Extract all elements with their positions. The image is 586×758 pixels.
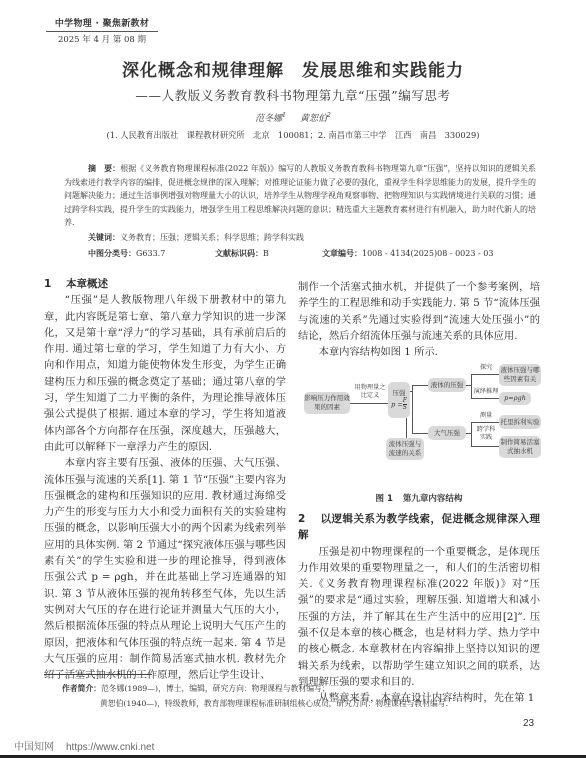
author-bio: 作者简介：范冬娜(1989—)，博士，编辑，研究方向：物理课程与教材编写； 黄恕… xyxy=(62,681,562,711)
node-pressure: 压强 p =FS xyxy=(388,382,410,418)
edge-label-deduce: 演绎推理 xyxy=(472,388,500,396)
article-subtitle: ——人教版义务教育教科书物理第九章“压强”编写思考 xyxy=(0,86,586,104)
edge-line xyxy=(471,422,499,423)
section-2-paragraph-1: 压强是初中物理课程的一个重要概念，是体现压力作用效果的重要物理量之一，和人们的生… xyxy=(298,544,540,691)
author-2: 黄恕伯 xyxy=(300,114,327,124)
footer-url[interactable]: https://www.cnki.net xyxy=(66,742,154,753)
edge-line xyxy=(471,398,499,399)
edge-line xyxy=(471,422,472,446)
section-1-paragraph-1: “压强”是人教版物理八年级下册教材中的第九章，此内容既是第七章、第八章力学知识的… xyxy=(44,292,286,455)
node-factors: 影响压力作用效果的因素 xyxy=(304,392,350,414)
section-1-paragraph-2-cont: 制作一个活塞式抽水机，并提供了一个参考案例，培养学生的工程思维和动手实践能力. … xyxy=(298,279,540,344)
keywords: 关键词：义务教育；压强；逻辑关系；科学思维；跨学科实践 xyxy=(88,232,304,243)
edge-line xyxy=(412,433,428,434)
bio-label: 作者简介： xyxy=(62,684,101,693)
title-part2: 发展思维和实践能力 xyxy=(302,61,464,81)
node-liquid-factors: 液体压强与哪些因素有关 xyxy=(499,364,541,386)
formula-lhs: p = xyxy=(391,401,403,409)
figure-number: 图 1 xyxy=(376,494,393,504)
article-no-label: 文章编号： xyxy=(322,249,362,258)
figure-1-diagram: 用物理量之比定义 探究 演绎推理 测量 跨学科实践 影响压力作用效果的因素 压强… xyxy=(300,360,560,472)
doc-code-value: B xyxy=(263,249,269,258)
figure-1-caption: 图 1第九章内容结构 xyxy=(298,492,540,504)
edge-line xyxy=(406,418,407,438)
node-pump: 制作简易活塞式抽水机 xyxy=(499,436,541,458)
authors: 范冬娜1黄恕伯2 xyxy=(0,111,586,124)
article-no-value: 1008 - 4134(2025)08 - 0023 - 03 xyxy=(362,249,493,258)
abstract-label: 摘 要： xyxy=(88,164,120,173)
figure-title: 第九章内容结构 xyxy=(403,494,463,504)
node-liquid-pressure: 液体的压强 xyxy=(428,378,466,392)
node-formula-rhogh: p=ρgh xyxy=(499,392,531,405)
affiliation: (1. 人民教育出版社 课程教材研究所 北京 100081；2. 南昌市第三中学… xyxy=(0,129,586,141)
bio-line-2: 黄恕伯(1940—)，特级教师，教育部物理课程标准研制组核心成员，研究方向：物理… xyxy=(62,696,562,711)
right-column-top: 制作一个活塞式抽水机，并提供了一个参考案例，培养学生的工程思维和动手实践能力. … xyxy=(298,279,540,360)
edge-label-measure: 测量 xyxy=(476,412,496,420)
doc-code-label: 文献标识码： xyxy=(215,249,263,258)
clc-value: G633.7 xyxy=(136,249,165,258)
clc-label: 中图分类号： xyxy=(88,249,136,258)
node-atmospheric-pressure: 大气压强 xyxy=(428,426,466,440)
edge-line xyxy=(471,446,499,447)
footnote-divider xyxy=(44,674,152,675)
journal-name: 中学物理 · 聚焦新教材 xyxy=(46,16,158,32)
abstract-text: 根据《义务教育物理课程标准(2022 年版)》编写的人教版义务教育教科书物理第九… xyxy=(64,164,536,227)
edge-line xyxy=(471,374,499,375)
figure-ref-paragraph: 本章内容结构如图 1 所示. xyxy=(298,344,540,360)
section-2-heading: 2以逻辑关系为教学线索，促进概念规律深入理解 xyxy=(298,511,540,544)
section-1-heading: 1本章概述 xyxy=(44,276,286,292)
edge-label-ratio-definition: 用物理量之比定义 xyxy=(352,384,388,400)
page-number: 23 xyxy=(523,718,534,729)
author-2-sup: 2 xyxy=(327,112,331,119)
edge-label-explore: 探究 xyxy=(476,364,496,372)
edge-line xyxy=(350,403,388,404)
section-1-paragraph-2: 本章内容主要有压强、液体的压强、大气压强、流体压强与流速的关系[1]. 第 1 … xyxy=(44,455,286,683)
article-title: 深化概念和规律理解发展思维和实践能力 xyxy=(0,56,586,81)
formula-denominator: S xyxy=(403,405,407,411)
left-column: 1本章概述 “压强”是人教版物理八年级下册教材中的第九章，此内容既是第七章、第八… xyxy=(44,276,286,683)
issue-info: 2025 年 4 月 第 08 期 xyxy=(46,33,158,45)
edge-line xyxy=(412,385,413,433)
author-1: 范冬娜 xyxy=(255,114,282,124)
right-column-bottom: 2以逻辑关系为教学线索，促进概念规律深入理解 压强是初中物理课程的一个重要概念，… xyxy=(298,511,540,707)
node-torricelli: 托里拆利实验 xyxy=(499,415,541,429)
keywords-label: 关键词： xyxy=(88,233,120,242)
author-1-sup: 1 xyxy=(282,112,286,119)
edge-line xyxy=(412,385,428,386)
keywords-text: 义务教育；压强；逻辑关系；科学思维；跨学科实践 xyxy=(120,233,304,242)
edge-label-interdisciplinary: 跨学科实践 xyxy=(476,426,496,442)
footer-site-name: 中国知网 xyxy=(14,742,54,753)
abstract: 摘 要：根据《义务教育物理课程标准(2022 年版)》编写的人教版义务教育教科书… xyxy=(64,162,536,230)
bio-line-1: 范冬娜(1989—)，博士，编辑，研究方向：物理课程与教材编写； xyxy=(101,684,330,693)
node-fluid-flow: 流体压强与流速的关系 xyxy=(386,438,424,460)
footer: 中国知网https://www.cnki.net xyxy=(14,738,154,753)
title-part1: 深化概念和规律理解 xyxy=(122,61,284,81)
